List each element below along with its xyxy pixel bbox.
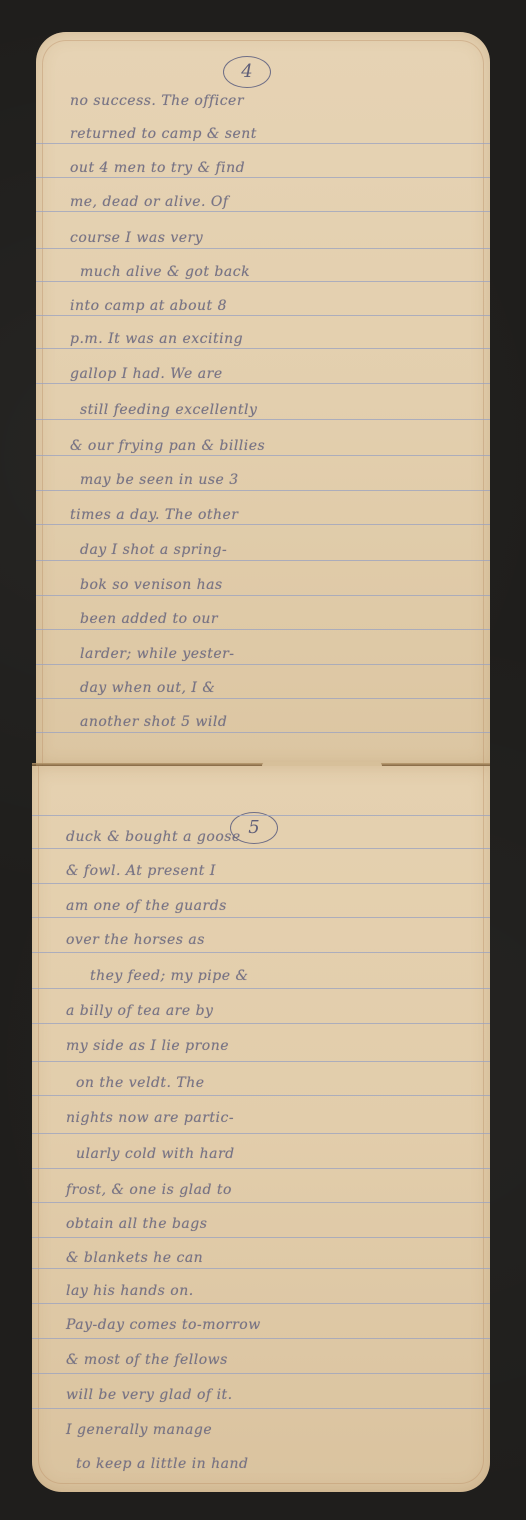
handwritten-line: my side as I lie prone xyxy=(32,1029,490,1063)
handwritten-line: a billy of tea are by xyxy=(32,994,490,1028)
handwritten-line: still feeding excellently xyxy=(36,393,490,427)
ruled-line xyxy=(32,815,490,816)
handwritten-line: lay his hands on. xyxy=(32,1274,490,1308)
handwritten-line: & our frying pan & billies xyxy=(36,429,490,463)
handwritten-line: frost, & one is glad to xyxy=(32,1173,490,1207)
handwritten-line: I generally manage xyxy=(32,1413,490,1447)
handwritten-line: am one of the guards xyxy=(32,889,490,923)
handwritten-line: bok so venison has xyxy=(36,568,490,602)
handwritten-line: into camp at about 8 xyxy=(36,289,490,323)
handwritten-line: me, dead or alive. Of xyxy=(36,185,490,219)
handwritten-line: may be seen in use 3 xyxy=(36,463,490,497)
handwritten-line: ularly cold with hard xyxy=(32,1137,490,1171)
handwritten-line: day I shot a spring- xyxy=(36,533,490,567)
handwritten-line: course I was very xyxy=(36,221,490,255)
handwritten-line: & most of the fellows xyxy=(32,1343,490,1377)
handwritten-line: much alive & got back xyxy=(36,255,490,289)
notebook-page-4: 4 no success. The officer returned to ca… xyxy=(36,32,490,766)
handwritten-line: on the veldt. The xyxy=(32,1066,490,1100)
handwritten-line: over the horses as xyxy=(32,923,490,957)
handwritten-line: they feed; my pipe & xyxy=(32,959,490,993)
handwritten-line: p.m. It was an exciting xyxy=(36,322,490,356)
handwritten-line: nights now are partic- xyxy=(32,1101,490,1135)
handwritten-line: been added to our xyxy=(36,602,490,636)
handwritten-line: & fowl. At present I xyxy=(32,854,490,888)
handwritten-line: larder; while yester- xyxy=(36,637,490,671)
handwritten-line: to keep a little in hand xyxy=(32,1447,490,1481)
handwritten-line: returned to camp & sent xyxy=(36,117,490,151)
handwritten-line: duck & bought a goose xyxy=(32,820,490,854)
handwritten-line: gallop I had. We are xyxy=(36,357,490,391)
handwritten-line: obtain all the bags xyxy=(32,1207,490,1241)
handwritten-line: no success. The officer xyxy=(36,84,490,118)
notebook-page-5: 5 duck & bought a goose & fowl. At prese… xyxy=(32,766,490,1492)
handwritten-line: times a day. The other xyxy=(36,498,490,532)
handwritten-line: & blankets he can xyxy=(32,1241,490,1275)
handwritten-line: Pay-day comes to-morrow xyxy=(32,1308,490,1342)
handwritten-line: out 4 men to try & find xyxy=(36,151,490,185)
handwritten-line: will be very glad of it. xyxy=(32,1378,490,1412)
handwritten-line: day when out, I & xyxy=(36,671,490,705)
handwritten-line: another shot 5 wild xyxy=(36,705,490,739)
